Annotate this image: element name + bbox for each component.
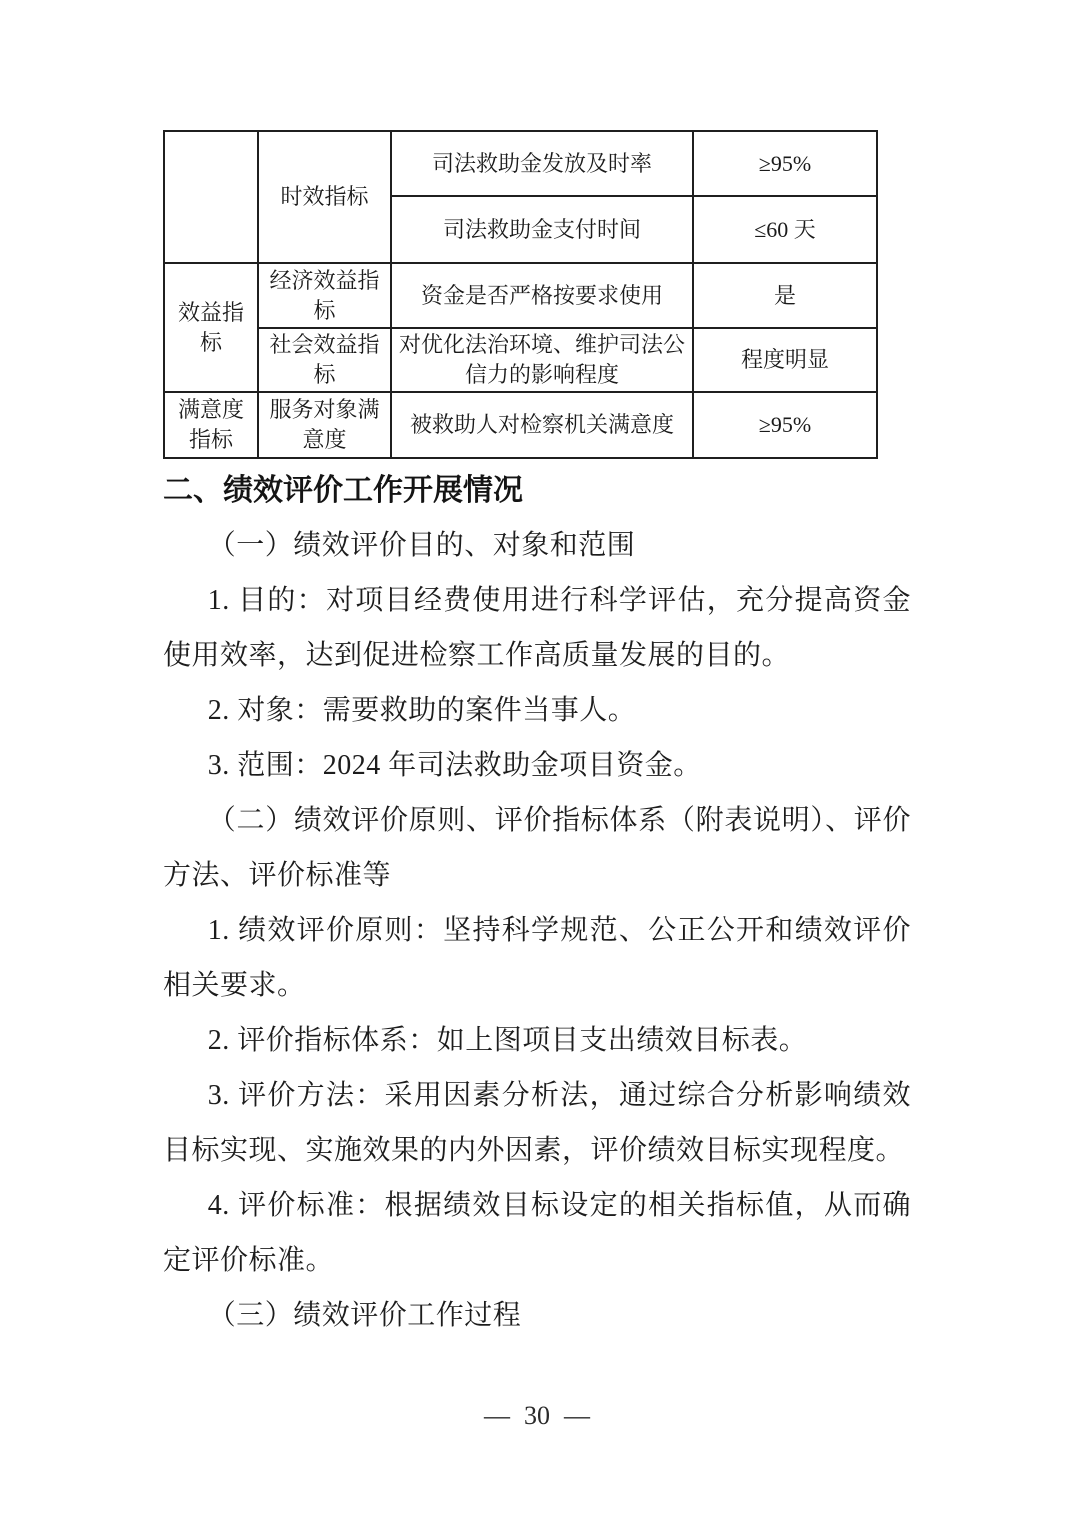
table-cell-indicator-payment-time: 司法救助金支付时间	[391, 196, 693, 263]
subsection-heading-work-process: （三）绩效评价工作过程	[163, 1288, 911, 1343]
paragraph-scope: 3. 范围：2024 年司法救助金项目资金。	[163, 738, 911, 793]
subsection-heading-principles: （二）绩效评价原则、评价指标体系（附表说明）、评价方法、评价标准等	[163, 793, 911, 903]
footer-dash-right: —	[564, 1401, 590, 1430]
table-row-economic-benefit: 效益指标 经济效益指标 资金是否严格按要求使用 是	[164, 263, 877, 328]
table-cell-indicator-environment-impact: 对优化法治环境、维护司法公信力的影响程度	[391, 328, 693, 392]
document-page: 时效指标 司法救助金发放及时率 ≥95% 司法救助金支付时间 ≤60 天 效益指…	[0, 0, 1074, 1520]
subsection-heading-purpose-scope: （一）绩效评价目的、对象和范围	[163, 518, 911, 573]
section-heading: 二、绩效评价工作开展情况	[163, 463, 911, 518]
table-cell-indicator-recipient-satisfaction: 被救助人对检察机关满意度	[391, 392, 693, 458]
table-row-social-benefit: 社会效益指标 对优化法治环境、维护司法公信力的影响程度 程度明显	[164, 328, 877, 392]
paragraph-purpose: 1. 目的：对项目经费使用进行科学评估，充分提高资金使用效率，达到促进检察工作高…	[163, 573, 911, 683]
footer-dash-left: —	[484, 1401, 510, 1430]
table-cell-indicator-disbursement-rate: 司法救助金发放及时率	[391, 131, 693, 196]
paragraph-evaluation-principles: 1. 绩效评价原则：坚持科学规范、公正公开和绩效评价相关要求。	[163, 903, 911, 1013]
page-content: 时效指标 司法救助金发放及时率 ≥95% 司法救助金支付时间 ≤60 天 效益指…	[163, 130, 911, 1343]
table-cell-sub-social: 社会效益指标	[258, 328, 391, 392]
page-number: 30	[524, 1401, 550, 1430]
table-cell-indicator-fund-usage: 资金是否严格按要求使用	[391, 263, 693, 328]
page-footer: —30—	[0, 1396, 1074, 1436]
table-cell-sub-timeliness: 时效指标	[258, 131, 391, 263]
table-cell-value-fund-usage: 是	[693, 263, 877, 328]
table-cell-sub-economic: 经济效益指标	[258, 263, 391, 328]
table-cell-value-disbursement-rate: ≥95%	[693, 131, 877, 196]
table-cell-group-benefit: 效益指标	[164, 263, 258, 392]
table-cell-value-recipient-satisfaction: ≥95%	[693, 392, 877, 458]
table-cell-value-payment-time: ≤60 天	[693, 196, 877, 263]
table-cell-group-empty	[164, 131, 258, 263]
paragraph-object: 2. 对象：需要救助的案件当事人。	[163, 683, 911, 738]
paragraph-evaluation-method: 3. 评价方法：采用因素分析法，通过综合分析影响绩效目标实现、实施效果的内外因素…	[163, 1068, 911, 1178]
table-row-satisfaction: 满意度指标 服务对象满意度 被救助人对检察机关满意度 ≥95%	[164, 392, 877, 458]
table-row-timeliness-1: 时效指标 司法救助金发放及时率 ≥95%	[164, 131, 877, 196]
performance-indicator-table: 时效指标 司法救助金发放及时率 ≥95% 司法救助金支付时间 ≤60 天 效益指…	[163, 130, 878, 459]
paragraph-indicator-system: 2. 评价指标体系：如上图项目支出绩效目标表。	[163, 1013, 911, 1068]
table-cell-value-environment-impact: 程度明显	[693, 328, 877, 392]
paragraph-evaluation-standard: 4. 评价标准：根据绩效目标设定的相关指标值，从而确定评价标准。	[163, 1178, 911, 1288]
table-cell-sub-service-satisfaction: 服务对象满意度	[258, 392, 391, 458]
table-cell-group-satisfaction: 满意度指标	[164, 392, 258, 458]
